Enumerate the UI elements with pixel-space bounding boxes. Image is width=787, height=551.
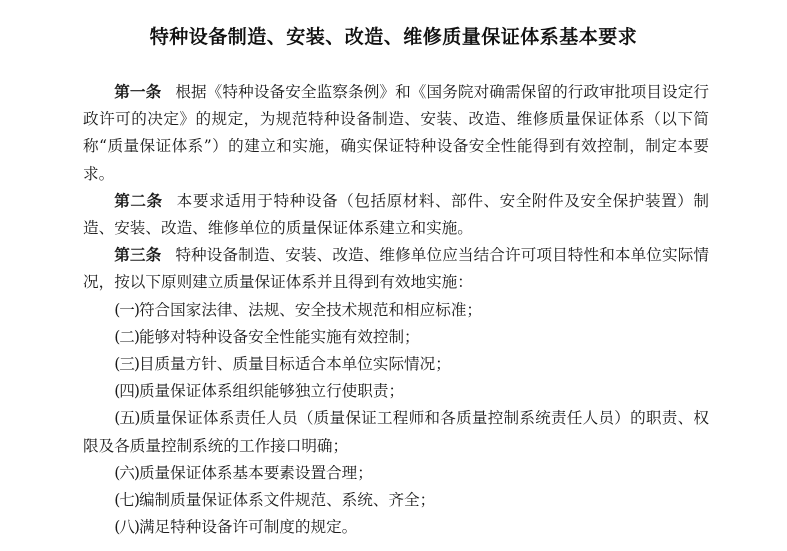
item-mark: (二) [114,328,139,346]
list-item: (五)质量保证体系责任人员（质量保证工程师和各质量控制系统责任人员）的职责、权限… [83,405,709,459]
item-mark: (六) [114,464,139,482]
article-2: 第二条本要求适用于特种设备（包括原材料、部件、安全附件及安全保护装置）制造、安装… [83,188,709,242]
list-item: (二)能够对特种设备安全性能实施有效控制； [83,324,709,351]
item-text: 质量保证体系基本要素设置合理； [139,464,373,482]
item-mark: (一) [114,301,139,319]
list-item: (八)满足特种设备许可制度的规定。 [83,514,709,541]
article-text: 特种设备制造、安装、改造、维修单位应当结合许可项目特性和本单位实际情况，按以下原… [83,246,709,291]
item-text: 质量保证体系组织能够独立行使职责； [139,382,404,400]
item-mark: (七) [114,491,139,509]
article-number: 第一条 [114,83,161,101]
item-mark: (四) [114,382,139,400]
article-number: 第三条 [114,246,161,264]
list-item: (三)目质量方针、质量目标适合本单位实际情况； [83,351,709,378]
item-text: 质量保证体系责任人员（质量保证工程师和各质量控制系统责任人员）的职责、权限及各质… [83,409,709,454]
item-text: 目质量方针、质量目标适合本单位实际情况； [139,355,451,373]
article-text: 本要求适用于特种设备（包括原材料、部件、安全附件及安全保护装置）制造、安装、改造… [83,192,709,237]
article-1: 第一条根据《特种设备安全监察条例》和《国务院对确需保留的行政审批项目设定行政许可… [83,79,709,188]
list-item: (七)编制质量保证体系文件规范、系统、齐全； [83,487,709,514]
item-text: 满足特种设备许可制度的规定。 [139,518,357,536]
document-page: 特种设备制造、安装、改造、维修质量保证体系基本要求 第一条根据《特种设备安全监察… [0,0,787,551]
list-item: (四)质量保证体系组织能够独立行使职责； [83,378,709,405]
item-text: 编制质量保证体系文件规范、系统、齐全； [139,491,435,509]
item-mark: (五) [114,409,139,427]
article-3: 第三条特种设备制造、安装、改造、维修单位应当结合许可项目特性和本单位实际情况，按… [83,242,709,296]
document-body: 第一条根据《特种设备安全监察条例》和《国务院对确需保留的行政审批项目设定行政许可… [83,79,709,541]
list-item: (六)质量保证体系基本要素设置合理； [83,460,709,487]
item-text: 能够对特种设备安全性能实施有效控制； [139,328,420,346]
document-title: 特种设备制造、安装、改造、维修质量保证体系基本要求 [0,22,787,49]
article-text: 根据《特种设备安全监察条例》和《国务院对确需保留的行政审批项目设定行政许可的决定… [83,83,709,183]
item-mark: (三) [114,355,139,373]
article-number: 第二条 [114,192,162,210]
list-item: (一)符合国家法律、法规、安全技术规范和相应标准； [83,297,709,324]
item-mark: (八) [114,518,139,536]
item-text: 符合国家法律、法规、安全技术规范和相应标准； [139,301,482,319]
